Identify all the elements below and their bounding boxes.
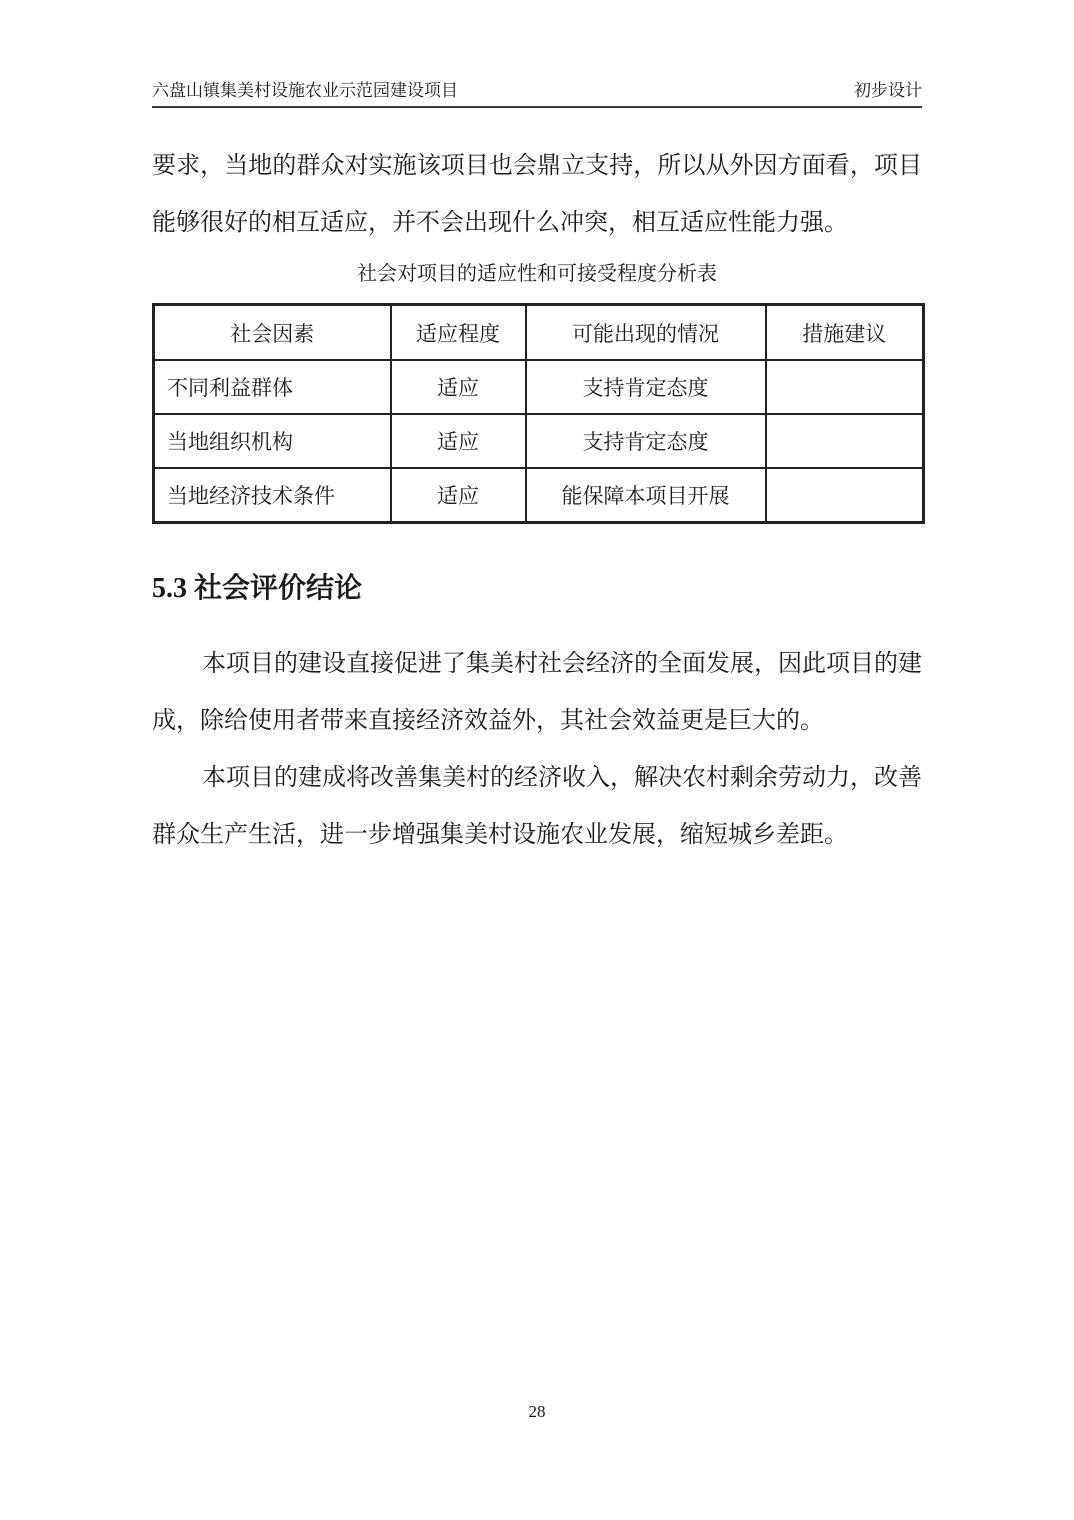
table-cell: 能保障本项目开展 — [526, 468, 766, 523]
column-header-adaptation-degree: 适应程度 — [391, 305, 526, 361]
analysis-table: 社会因素 适应程度 可能出现的情况 措施建议 不同利益群体 适应 支持肯定态度 … — [152, 303, 925, 524]
header-project-title: 六盘山镇集美村设施农业示范园建设项目 — [152, 80, 458, 102]
table-cell: 当地组织机构 — [154, 414, 391, 468]
table-cell: 支持肯定态度 — [526, 360, 766, 414]
table-cell: 适应 — [391, 468, 526, 523]
table-cell — [766, 414, 924, 468]
paragraph-conclusion-1: 本项目的建设直接促进了集美村社会经济的全面发展，因此项目的建成，除给使用者带来直… — [152, 636, 922, 750]
running-header: 六盘山镇集美村设施农业示范园建设项目 初步设计 — [152, 0, 922, 108]
page-number: 28 — [0, 1402, 1074, 1422]
table-cell: 适应 — [391, 360, 526, 414]
table-cell — [766, 360, 924, 414]
column-header-possible-situation: 可能出现的情况 — [526, 305, 766, 361]
section-heading: 5.3 社会评价结论 — [152, 570, 922, 608]
table-cell: 不同利益群体 — [154, 360, 391, 414]
table-cell: 支持肯定态度 — [526, 414, 766, 468]
table-cell: 当地经济技术条件 — [154, 468, 391, 523]
table-cell — [766, 468, 924, 523]
column-header-social-factor: 社会因素 — [154, 305, 391, 361]
paragraph-intro: 要求，当地的群众对实施该项目也会鼎立支持，所以从外因方面看，项目能够很好的相互适… — [152, 138, 922, 252]
page-content: 六盘山镇集美村设施农业示范园建设项目 初步设计 要求，当地的群众对实施该项目也会… — [0, 0, 1074, 864]
paragraph-conclusion-2: 本项目的建成将改善集美村的经济收入，解决农村剩余劳动力，改善群众生产生活，进一步… — [152, 750, 922, 864]
table-row: 当地经济技术条件 适应 能保障本项目开展 — [154, 468, 924, 523]
column-header-suggested-measures: 措施建议 — [766, 305, 924, 361]
table-row: 当地组织机构 适应 支持肯定态度 — [154, 414, 924, 468]
table-caption: 社会对项目的适应性和可接受程度分析表 — [152, 258, 922, 290]
table-header-row: 社会因素 适应程度 可能出现的情况 措施建议 — [154, 305, 924, 361]
table-cell: 适应 — [391, 414, 526, 468]
header-stage-label: 初步设计 — [854, 80, 922, 102]
document-page: 六盘山镇集美村设施农业示范园建设项目 初步设计 要求，当地的群众对实施该项目也会… — [0, 0, 1074, 1520]
table-row: 不同利益群体 适应 支持肯定态度 — [154, 360, 924, 414]
